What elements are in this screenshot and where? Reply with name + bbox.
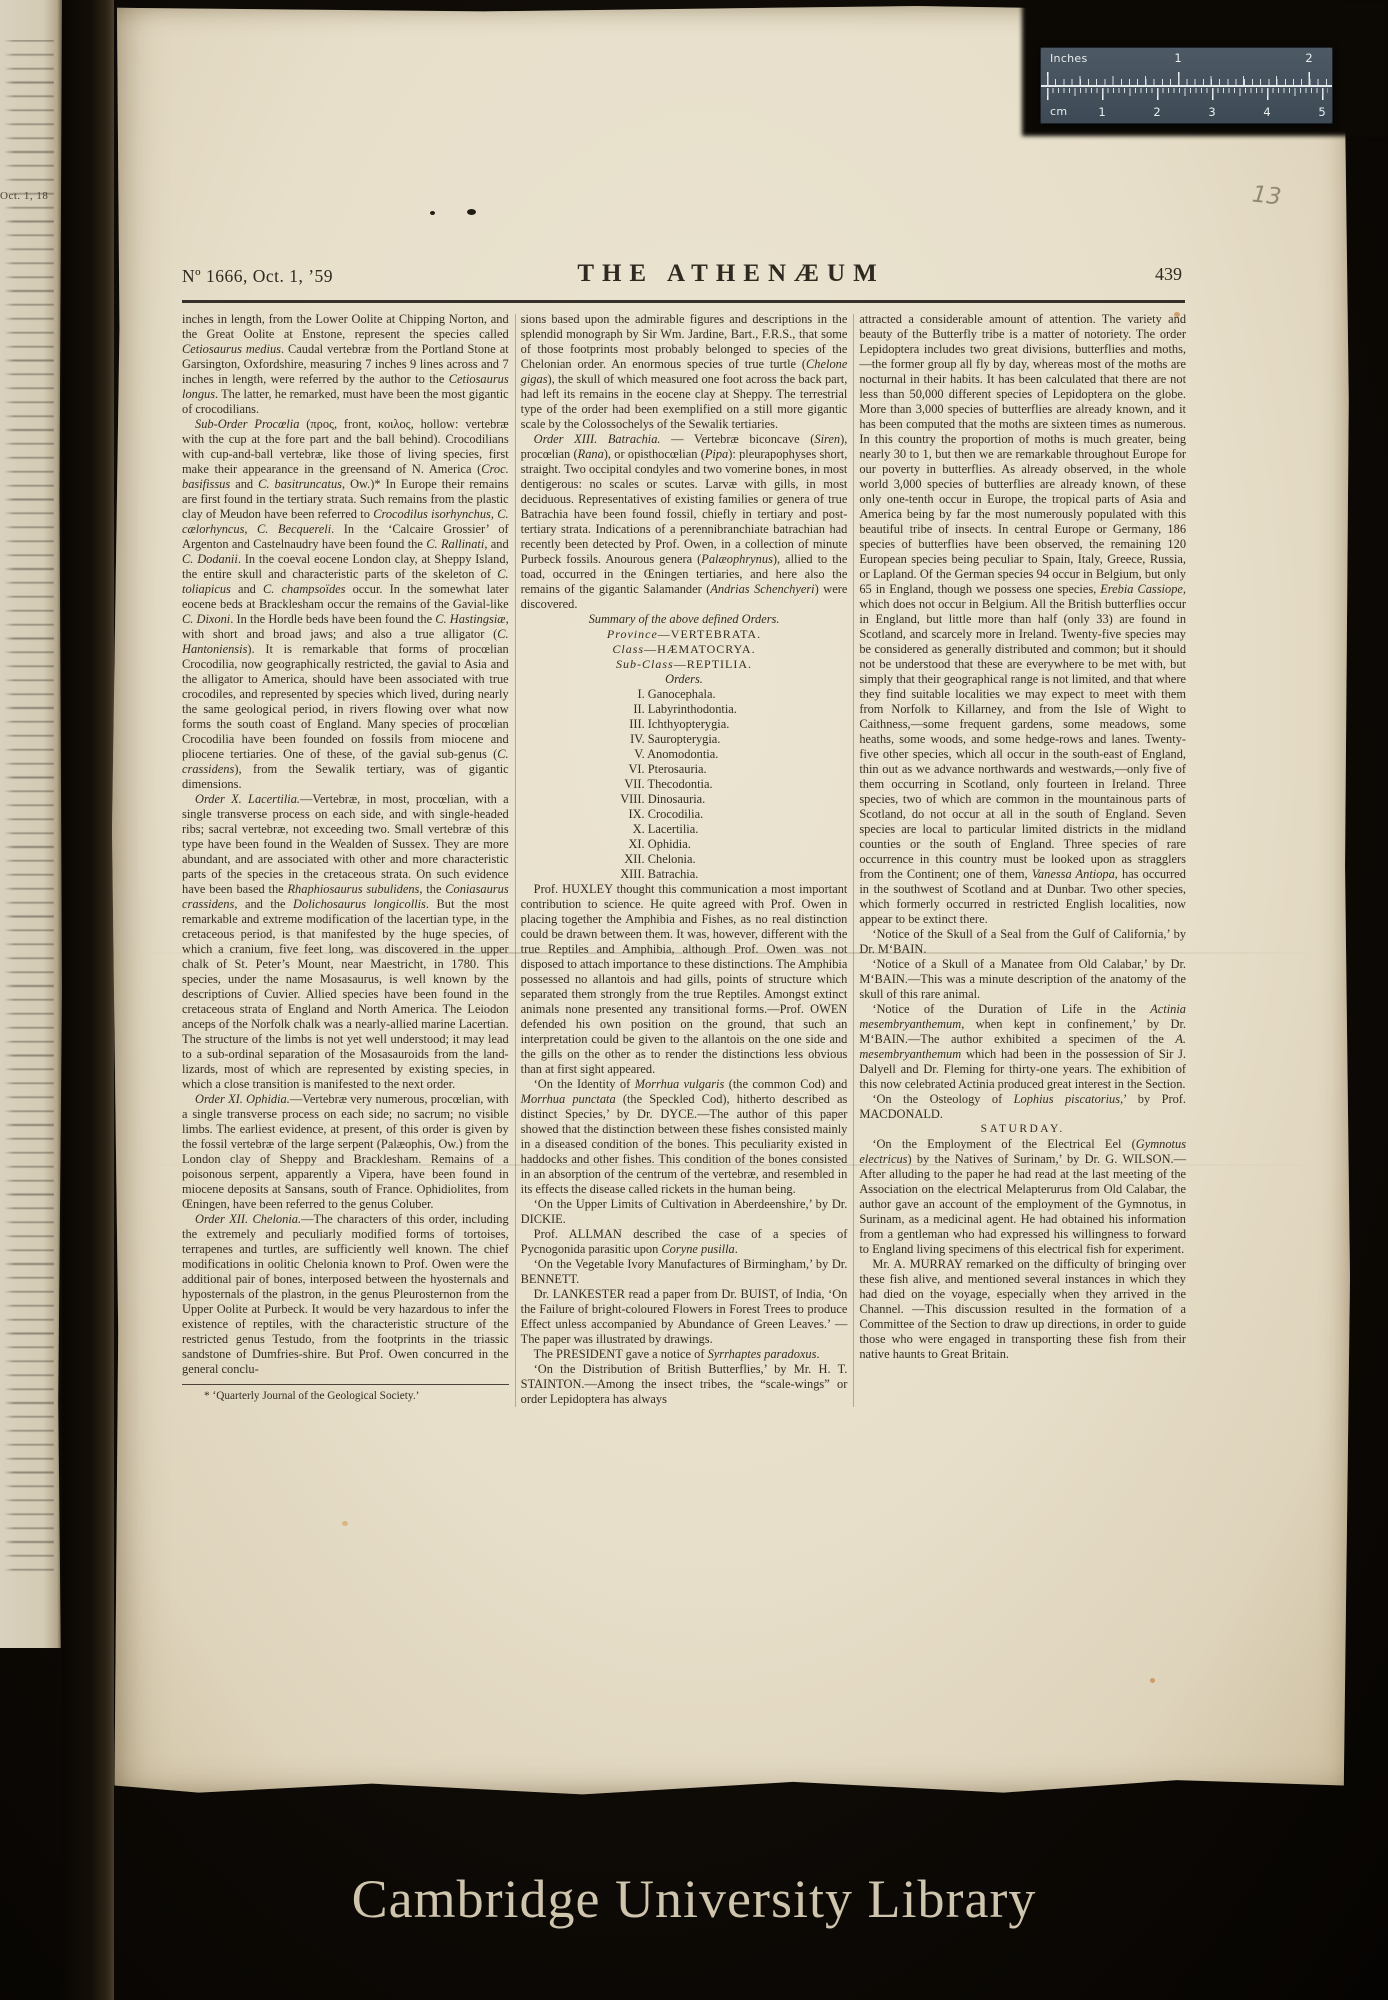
paragraph-ind: Order XI. Ophidia.—Vertebræ very numerou… xyxy=(182,1092,509,1212)
inch-number: 2 xyxy=(1305,51,1312,65)
paragraph-ind: ‘On the Osteology of Lophius piscatorius… xyxy=(859,1092,1186,1122)
paragraph-footnote: * ‘Quarterly Journal of the Geological S… xyxy=(182,1389,509,1404)
paragraph-ind: Order XII. Chelonia.—The characters of t… xyxy=(182,1212,509,1377)
text-columns: inches in length, from the Lower Oolite … xyxy=(182,312,1186,1407)
paragraph-cont: inches in length, from the Lower Oolite … xyxy=(182,312,509,417)
cm-number: 3 xyxy=(1208,105,1215,119)
paragraph-ind: The PRESIDENT gave a notice of Syrrhapte… xyxy=(521,1347,848,1362)
paragraph-csc: Province—VERTEBRATA. xyxy=(521,627,848,642)
paragraph-citalic: Orders. xyxy=(521,672,848,687)
cm-number: 5 xyxy=(1318,105,1325,119)
paragraph-ind: ‘On the Vegetable Ivory Manufactures of … xyxy=(521,1257,848,1287)
column-3: attracted a considerable amount of atten… xyxy=(859,312,1186,1407)
left-page-header-fragment: Oct. 1, 18 xyxy=(0,190,60,202)
measurement-ruler: Inches 12 cm 12345 xyxy=(1040,47,1333,124)
inch-number: 1 xyxy=(1174,51,1181,65)
ruler-inches-label: Inches xyxy=(1050,52,1088,65)
paragraph-ind: Order XIII. Batrachia. — Vertebræ biconc… xyxy=(521,432,848,612)
paragraph-order: VIII. Dinosauria. xyxy=(521,792,848,807)
paragraph-order: XI. Ophidia. xyxy=(521,837,848,852)
column-rule xyxy=(853,314,854,1407)
header-rule xyxy=(182,300,1185,303)
paragraph-ind: Mr. A. MURRAY remarked on the difficulty… xyxy=(859,1257,1186,1362)
library-watermark: Cambridge University Library xyxy=(0,1868,1388,1930)
footnote-rule xyxy=(182,1384,509,1385)
ink-speck xyxy=(430,211,435,215)
cm-number: 4 xyxy=(1263,105,1270,119)
ink-speck xyxy=(467,209,476,215)
left-page-text-fragments xyxy=(4,40,54,1580)
paragraph-order: VI. Pterosauria. xyxy=(521,762,848,777)
paragraph-ind: ‘Notice of a Skull of a Manatee from Old… xyxy=(859,957,1186,1002)
stain xyxy=(1174,312,1180,317)
column-rule xyxy=(515,314,516,1407)
paragraph-sat: SATURDAY. xyxy=(859,1122,1186,1137)
column-2: sions based upon the admirable figures a… xyxy=(521,312,848,1407)
paragraph-ind: ‘Notice of the Duration of Life in the A… xyxy=(859,1002,1186,1092)
journal-page: Nº 1666, Oct. 1, ’59 THE ATHENÆUM 439 in… xyxy=(112,6,1350,1798)
paragraph-ind: Sub-Order Procœlia (προς, front, κοιλος,… xyxy=(182,417,509,792)
paragraph-ind: Order X. Lacertilia.—Vertebræ, in most, … xyxy=(182,792,509,1092)
paragraph-order: II. Labyrinthodontia. xyxy=(521,702,848,717)
stain xyxy=(342,1521,348,1526)
paragraph-order: XIII. Batrachia. xyxy=(521,867,848,882)
paragraph-ind: Prof. ALLMAN described the case of a spe… xyxy=(521,1227,848,1257)
paragraph-ind: Dr. LANKESTER read a paper from Dr. BUIS… xyxy=(521,1287,848,1347)
journal-title: THE ATHENÆUM xyxy=(577,260,884,288)
inch-ticks xyxy=(1047,72,1328,85)
pencil-annotation: 13 xyxy=(1251,182,1283,211)
paragraph-ind: Prof. HUXLEY thought this communication … xyxy=(521,882,848,1077)
paragraph-ind: ‘On the Distribution of British Butterfl… xyxy=(521,1362,848,1407)
paragraph-order: XII. Chelonia. xyxy=(521,852,848,867)
paragraph-csc: Class—HÆMATOCRYA. xyxy=(521,642,848,657)
paper-crease xyxy=(112,1164,1350,1166)
cm-number: 1 xyxy=(1098,105,1105,119)
left-page-edge: Oct. 1, 18 xyxy=(0,0,62,1648)
paragraph-order: V. Anomodontia. xyxy=(521,747,848,762)
page-number: 439 xyxy=(1155,264,1182,285)
column-1: inches in length, from the Lower Oolite … xyxy=(182,312,509,1407)
cm-ticks xyxy=(1047,88,1328,100)
paragraph-order: IV. Sauropterygia. xyxy=(521,732,848,747)
paragraph-ind: ‘On the Employment of the Electrical Eel… xyxy=(859,1137,1186,1257)
issue-number: Nº 1666, Oct. 1, ’59 xyxy=(182,266,333,287)
paragraph-csc: Sub-Class—REPTILIA. xyxy=(521,657,848,672)
paragraph-ind: ‘On the Identity of Morrhua vulgaris (th… xyxy=(521,1077,848,1197)
gutter-shadow xyxy=(62,0,114,2000)
paragraph-order: X. Lacertilia. xyxy=(521,822,848,837)
photo-background: Oct. 1, 18 Nº 1666, Oct. 1, ’59 THE ATHE… xyxy=(0,0,1388,2000)
paragraph-order: VII. Thecodontia. xyxy=(521,777,848,792)
ruler-divider xyxy=(1041,85,1332,87)
paragraph-order: IX. Crocodilia. xyxy=(521,807,848,822)
paragraph-order: I. Ganocephala. xyxy=(521,687,848,702)
paragraph-cont: sions based upon the admirable figures a… xyxy=(521,312,848,432)
stain xyxy=(1150,1678,1155,1683)
cm-number: 2 xyxy=(1153,105,1160,119)
paragraph-order: III. Ichthyopterygia. xyxy=(521,717,848,732)
paper-crease xyxy=(112,952,1350,954)
paragraph-citalic: Summary of the above defined Orders. xyxy=(521,612,848,627)
paragraph-cont: attracted a considerable amount of atten… xyxy=(859,312,1186,927)
paragraph-ind: ‘On the Upper Limits of Cultivation in A… xyxy=(521,1197,848,1227)
page-header: Nº 1666, Oct. 1, ’59 THE ATHENÆUM 439 xyxy=(112,258,1350,294)
ruler-cm-label: cm xyxy=(1050,105,1067,118)
